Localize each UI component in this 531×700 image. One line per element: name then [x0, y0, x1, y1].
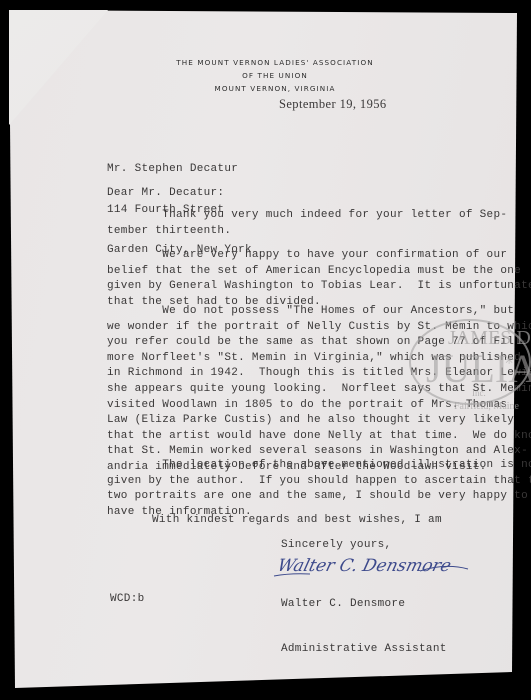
- letterhead-org: THE MOUNT VERNON LADIES' ASSOCIATION: [150, 56, 400, 69]
- recipient-name: Mr. Stephen Decatur: [107, 163, 252, 177]
- paragraph-line: that the artist would have done Nelly at…: [107, 429, 487, 445]
- paragraph-line: she appears quite young looking. Norflee…: [107, 382, 487, 398]
- paragraph-line: two portraits are one and the same, I sh…: [107, 489, 487, 505]
- letterhead-location: MOUNT VERNON, VIRGINIA: [150, 82, 400, 95]
- paragraph-line: tember thirteenth.: [107, 224, 487, 240]
- letterhead-sub: OF THE UNION: [150, 69, 400, 82]
- paragraph-line: visited Woodlawn in 1805 to do the portr…: [107, 398, 487, 414]
- paragraph-line: Thank you very much indeed for your lett…: [107, 208, 487, 224]
- paragraph-2: We are very happy to have your confirmat…: [107, 248, 487, 310]
- signer-title: Administrative Assistant: [281, 642, 447, 657]
- paragraph-line: given by the author. If you should happe…: [107, 474, 487, 490]
- paragraph-line: belief that the set of American Encyclop…: [107, 264, 487, 280]
- letterhead: THE MOUNT VERNON LADIES' ASSOCIATION OF …: [150, 56, 400, 95]
- paragraph-3: We do not possess "The Homes of our Ance…: [107, 304, 487, 476]
- paragraph-line: in Richmond in 1942. Though this is titl…: [107, 366, 487, 382]
- paragraph-line: given by General Washington to Tobias Le…: [107, 279, 487, 295]
- paragraph-4: The location of the above mentioned illu…: [107, 458, 487, 520]
- paragraph-line: you refer could be the same as that show…: [107, 335, 487, 351]
- salutation: Dear Mr. Decatur:: [107, 186, 224, 202]
- letter-date: September 19, 1956: [279, 97, 387, 113]
- paragraph-line: The location of the above mentioned illu…: [107, 458, 487, 474]
- paragraph-line: We do not possess "The Homes of our Ance…: [107, 304, 487, 320]
- paragraph-1: Thank you very much indeed for your lett…: [107, 208, 487, 239]
- paragraph-line: more Norfleet's "St. Memin in Virginia,"…: [107, 351, 487, 367]
- paragraph-line: we wonder if the portrait of Nelly Custi…: [107, 320, 487, 336]
- signer-name: Walter C. Densmore: [281, 597, 447, 612]
- signature-block: Walter C. Densmore Administrative Assist…: [281, 567, 447, 672]
- closing-line: With kindest regards and best wishes, I …: [152, 513, 442, 529]
- typist-initials: WCD:b: [110, 592, 145, 608]
- paragraph-line: Law (Eliza Parke Custis) and he also tho…: [107, 413, 487, 429]
- paragraph-line: We are very happy to have your confirmat…: [107, 248, 487, 264]
